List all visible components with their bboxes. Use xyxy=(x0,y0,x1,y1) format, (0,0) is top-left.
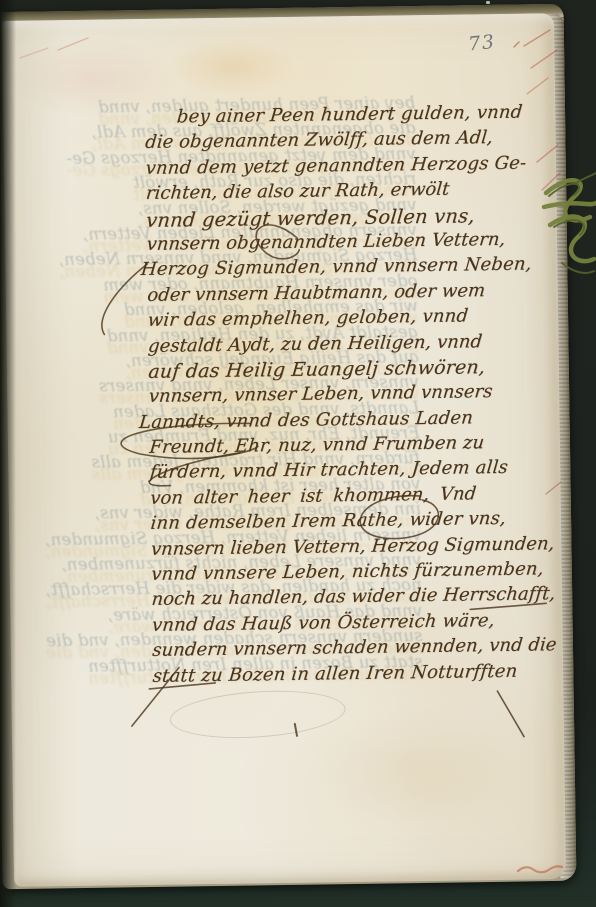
manuscript-photo: bey ainer Peen hundert gulden, vnnddie o… xyxy=(0,0,596,907)
red-streak xyxy=(58,38,88,50)
red-streak xyxy=(20,48,48,58)
red-streak xyxy=(524,30,550,46)
red-streak xyxy=(546,482,561,494)
cord-loop xyxy=(550,217,594,262)
cord-strand xyxy=(576,173,596,183)
red-streak xyxy=(527,78,548,94)
red-streak xyxy=(514,42,519,47)
cord-strand xyxy=(562,263,594,273)
red-streak xyxy=(531,50,557,68)
dust-speck xyxy=(486,1,490,4)
red-streak xyxy=(537,145,558,162)
red-edge-squiggle xyxy=(518,866,562,872)
cord-loop xyxy=(546,180,590,220)
red-edge-marks xyxy=(0,0,596,907)
binding-cord xyxy=(516,163,596,303)
cord-strand xyxy=(544,203,596,207)
